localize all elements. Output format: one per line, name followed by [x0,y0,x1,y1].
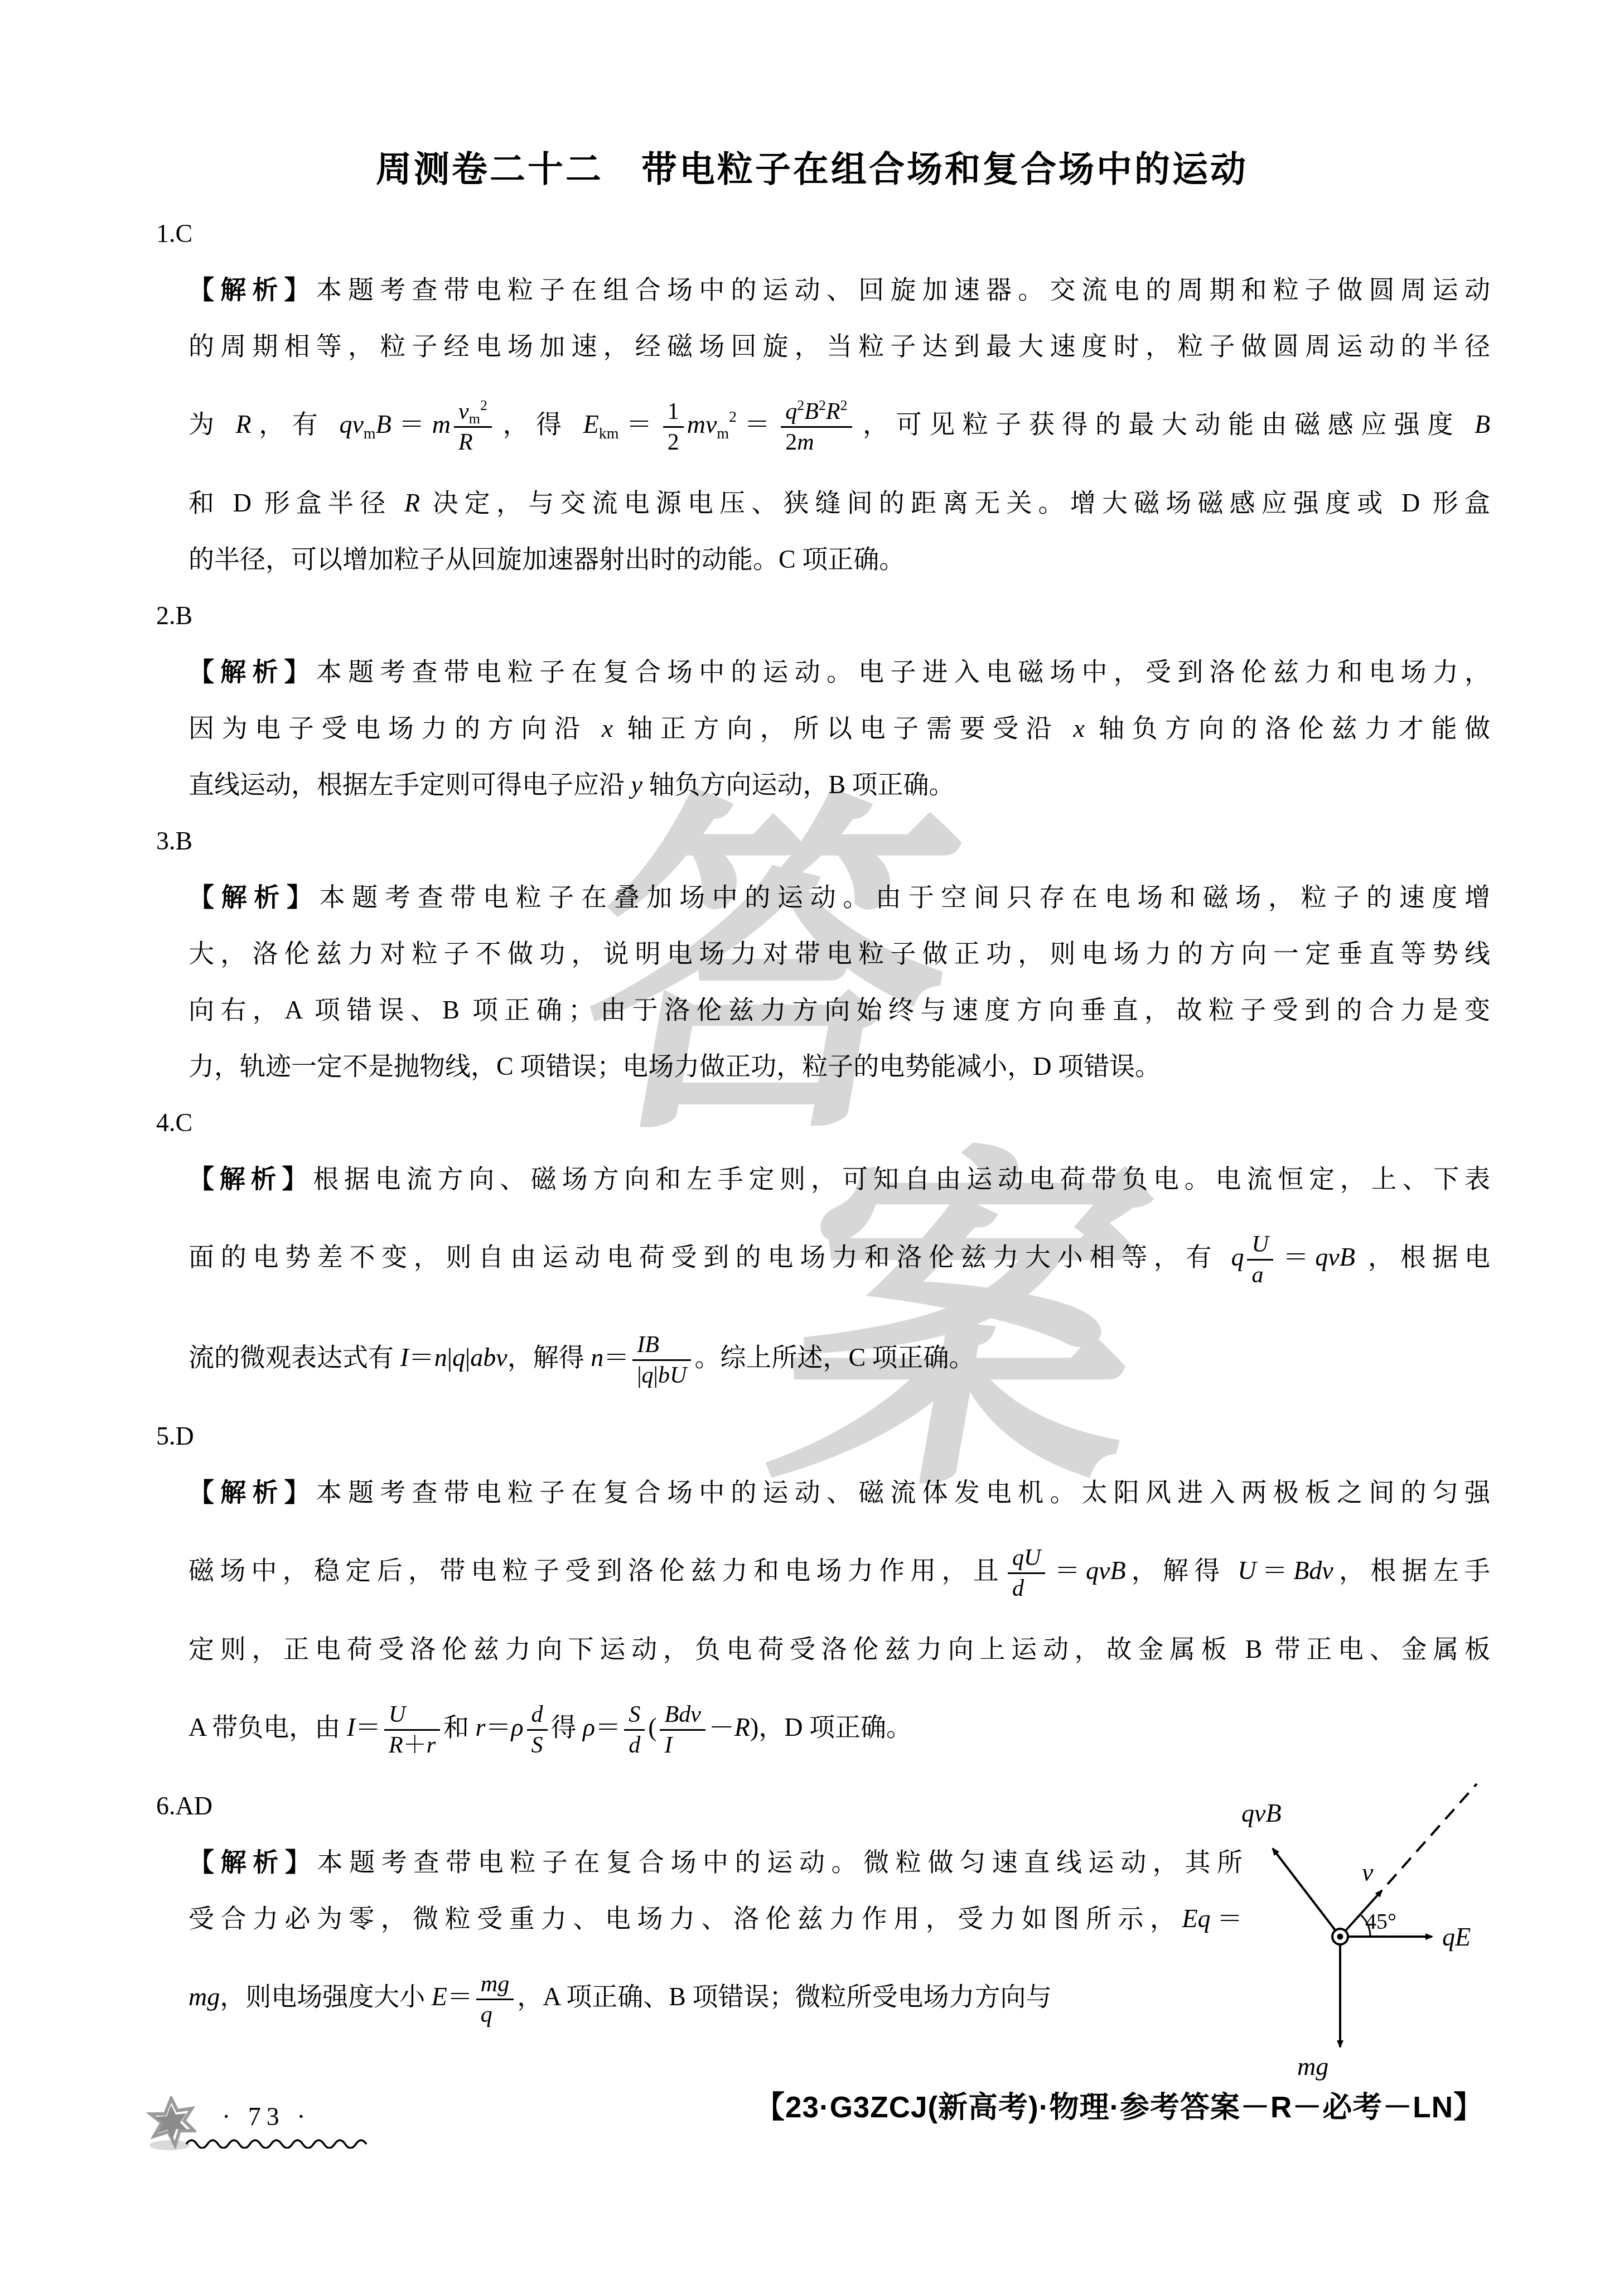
text-line: 【解析】本题考查带电粒子在复合场中的运动。微粒做匀速直线运动，其所 [188,1834,1243,1890]
text-line: 的周期相等，粒子经电场加速，经磁场回旋，当粒子达到最大速度时，粒子做圆周运动的半… [188,318,1490,374]
explanation-paragraph: 【解析】本题考查带电粒子在复合场中的运动。电子进入电磁场中，受到洛伦兹力和电场力… [188,644,1490,813]
wavy-underline [185,2134,375,2151]
answer-section: 4.C【解析】根据电流方向、磁场方向和左手定则，可知自由运动电荷带负电。电流恒定… [156,1094,1490,1408]
trajectory-dashed-line [1388,1784,1477,1884]
text-line: 直线运动，根据左手定则可得电子应沿 y 轴负方向运动，B 项正确。 [188,756,1490,813]
answer-number: 2.B [156,587,1490,644]
text-line: 大，洛伦兹力对粒子不做功，说明电场力对带电粒子做正功，则电场力的方向一定垂直等势… [188,925,1490,982]
page-title: 周测卷二十二 带电粒子在组合场和复合场中的运动 [0,141,1624,192]
explanation-paragraph: 【解析】本题考查带电粒子在组合场中的运动、回旋加速器。交流电的周期和粒子做圆周运… [188,262,1490,587]
page-number: · 73 · [222,2102,311,2131]
explanation-paragraph: 【解析】本题考查带电粒子在叠加场中的运动。由于空间只存在电场和磁场，粒子的速度增… [188,869,1490,1094]
text-line: 【解析】本题考查带电粒子在复合场中的运动。电子进入电磁场中，受到洛伦兹力和电场力… [188,644,1490,700]
fraction: UR＋r [384,1701,440,1759]
fraction: q2B2R22m [781,398,852,456]
answer-section: 2.B【解析】本题考查带电粒子在复合场中的运动。电子进入电磁场中，受到洛伦兹力和… [156,587,1490,813]
text-line: 和 D 形盒半径 R 决定，与交流电源电压、狭缝间的距离无关。增大磁场磁感应强度… [188,475,1490,531]
jiexi-tag: 【解析】 [188,882,320,911]
text-line: 因为电子受电场力的方向沿 x 轴正方向，所以电子需要受沿 x 轴负方向的洛伦兹力… [188,700,1490,756]
mg-label: mg [1297,2052,1328,2081]
jiexi-tag: 【解析】 [188,1847,317,1876]
text-line: 的半径，可以增加粒子从回旋加速器射出时的动能。C 项正确。 [188,531,1490,587]
force-diagram: qvB v qE mg 45° [1232,1757,1545,2106]
fraction: 12 [663,398,684,456]
qvB-vector [1273,1848,1340,1937]
jiexi-tag: 【解析】 [188,1164,313,1193]
fraction: dS [527,1701,548,1759]
answer-section: 5.D【解析】本题考查带电粒子在复合场中的运动、磁流体发电机。太阳风进入两极板之… [156,1408,1490,1778]
text-line: mg，则电场强度大小 E＝mgq，A 项正确、B 项错误；微粒所受电场力方向与 [188,1947,1243,2047]
text-line: 【解析】本题考查带电粒子在复合场中的运动、磁流体发电机。太阳风进入两极板之间的匀… [188,1464,1490,1521]
text-line: 受合力必为零，微粒受重力、电场力、洛伦兹力作用，受力如图所示，Eq＝ [188,1890,1243,1947]
jiexi-tag: 【解析】 [188,657,316,686]
text-line: 向右，A 项错误、B 项正确；由于洛伦兹力方向始终与速度方向垂直，故粒子受到的合… [188,982,1490,1038]
text-line: 定则，正电荷受洛伦兹力向下运动，负电荷受洛伦兹力向上运动，故金属板 B 带正电、… [188,1621,1490,1677]
answer-number: 3.B [156,813,1490,869]
angle-label: 45° [1365,1909,1396,1934]
text-line: 磁场中，稳定后，带电粒子受到洛伦兹力和电场力作用，且qUd＝qvB，解得 U＝B… [188,1521,1490,1621]
answer-section: 1.C【解析】本题考查带电粒子在组合场中的运动、回旋加速器。交流电的周期和粒子做… [156,205,1490,587]
particle-dot-icon [1337,1934,1343,1940]
qE-label: qE [1442,1923,1471,1951]
answer-number: 4.C [156,1094,1490,1151]
explanation-paragraph: 【解析】本题考查带电粒子在复合场中的运动、磁流体发电机。太阳风进入两极板之间的匀… [188,1464,1490,1778]
answer-section: 3.B【解析】本题考查带电粒子在叠加场中的运动。由于空间只存在电场和磁场，粒子的… [156,813,1490,1094]
force-diagram-svg: qvB v qE mg 45° [1232,1757,1545,2103]
fraction: mgq [476,1971,514,2029]
fraction: qUd [1008,1544,1045,1603]
text-line: 【解析】本题考查带电粒子在叠加场中的运动。由于空间只存在电场和磁场，粒子的速度增 [188,869,1490,925]
answer-number: 5.D [156,1408,1490,1464]
jiexi-tag: 【解析】 [188,1478,316,1507]
answer-number: 1.C [156,205,1490,262]
exam-code-label: 【23·G3ZCJ(新高考)·物理·参考答案－R－必考－LN】 [755,2084,1483,2126]
v-label: v [1362,1858,1374,1886]
explanation-paragraph: 【解析】根据电流方向、磁场方向和左手定则，可知自由运动电荷带负电。电流恒定，上、… [188,1151,1490,1408]
fraction: vm2R [454,398,492,456]
fraction: Sd [624,1701,645,1759]
fraction: BdvI [660,1701,705,1759]
text-line: 【解析】本题考查带电粒子在组合场中的运动、回旋加速器。交流电的周期和粒子做圆周运… [188,262,1490,318]
fraction: IB|q|bU [632,1331,691,1389]
text-line: 面的电势差不变，则自由运动电荷受到的电场力和洛伦兹力大小相等，有 qUa＝qvB… [188,1207,1490,1307]
text-line: 为 R，有 qvmB＝mvm2R，得 Ekm＝12mvm2＝q2B2R22m，可… [188,374,1490,475]
qvB-label: qvB [1241,1799,1282,1827]
text-line: 【解析】根据电流方向、磁场方向和左手定则，可知自由运动电荷带负电。电流恒定，上、… [188,1151,1490,1207]
explanation-paragraph: 【解析】本题考查带电粒子在复合场中的运动。微粒做匀速直线运动，其所受合力必为零，… [188,1834,1243,2047]
answer-sheet-page: 答 案 周测卷二十二 带电粒子在组合场和复合场中的运动 1.C【解析】本题考查带… [0,0,1624,2283]
text-line: 力，轨迹一定不是抛物线，C 项错误；电场力做正功，粒子的电势能减小，D 项错误。 [188,1038,1490,1094]
text-line: 流的微观表达式有 I＝n|q|abv，解得 n＝IB|q|bU。综上所述，C 项… [188,1307,1490,1408]
fraction: Ua [1247,1231,1273,1289]
jiexi-tag: 【解析】 [188,275,316,304]
